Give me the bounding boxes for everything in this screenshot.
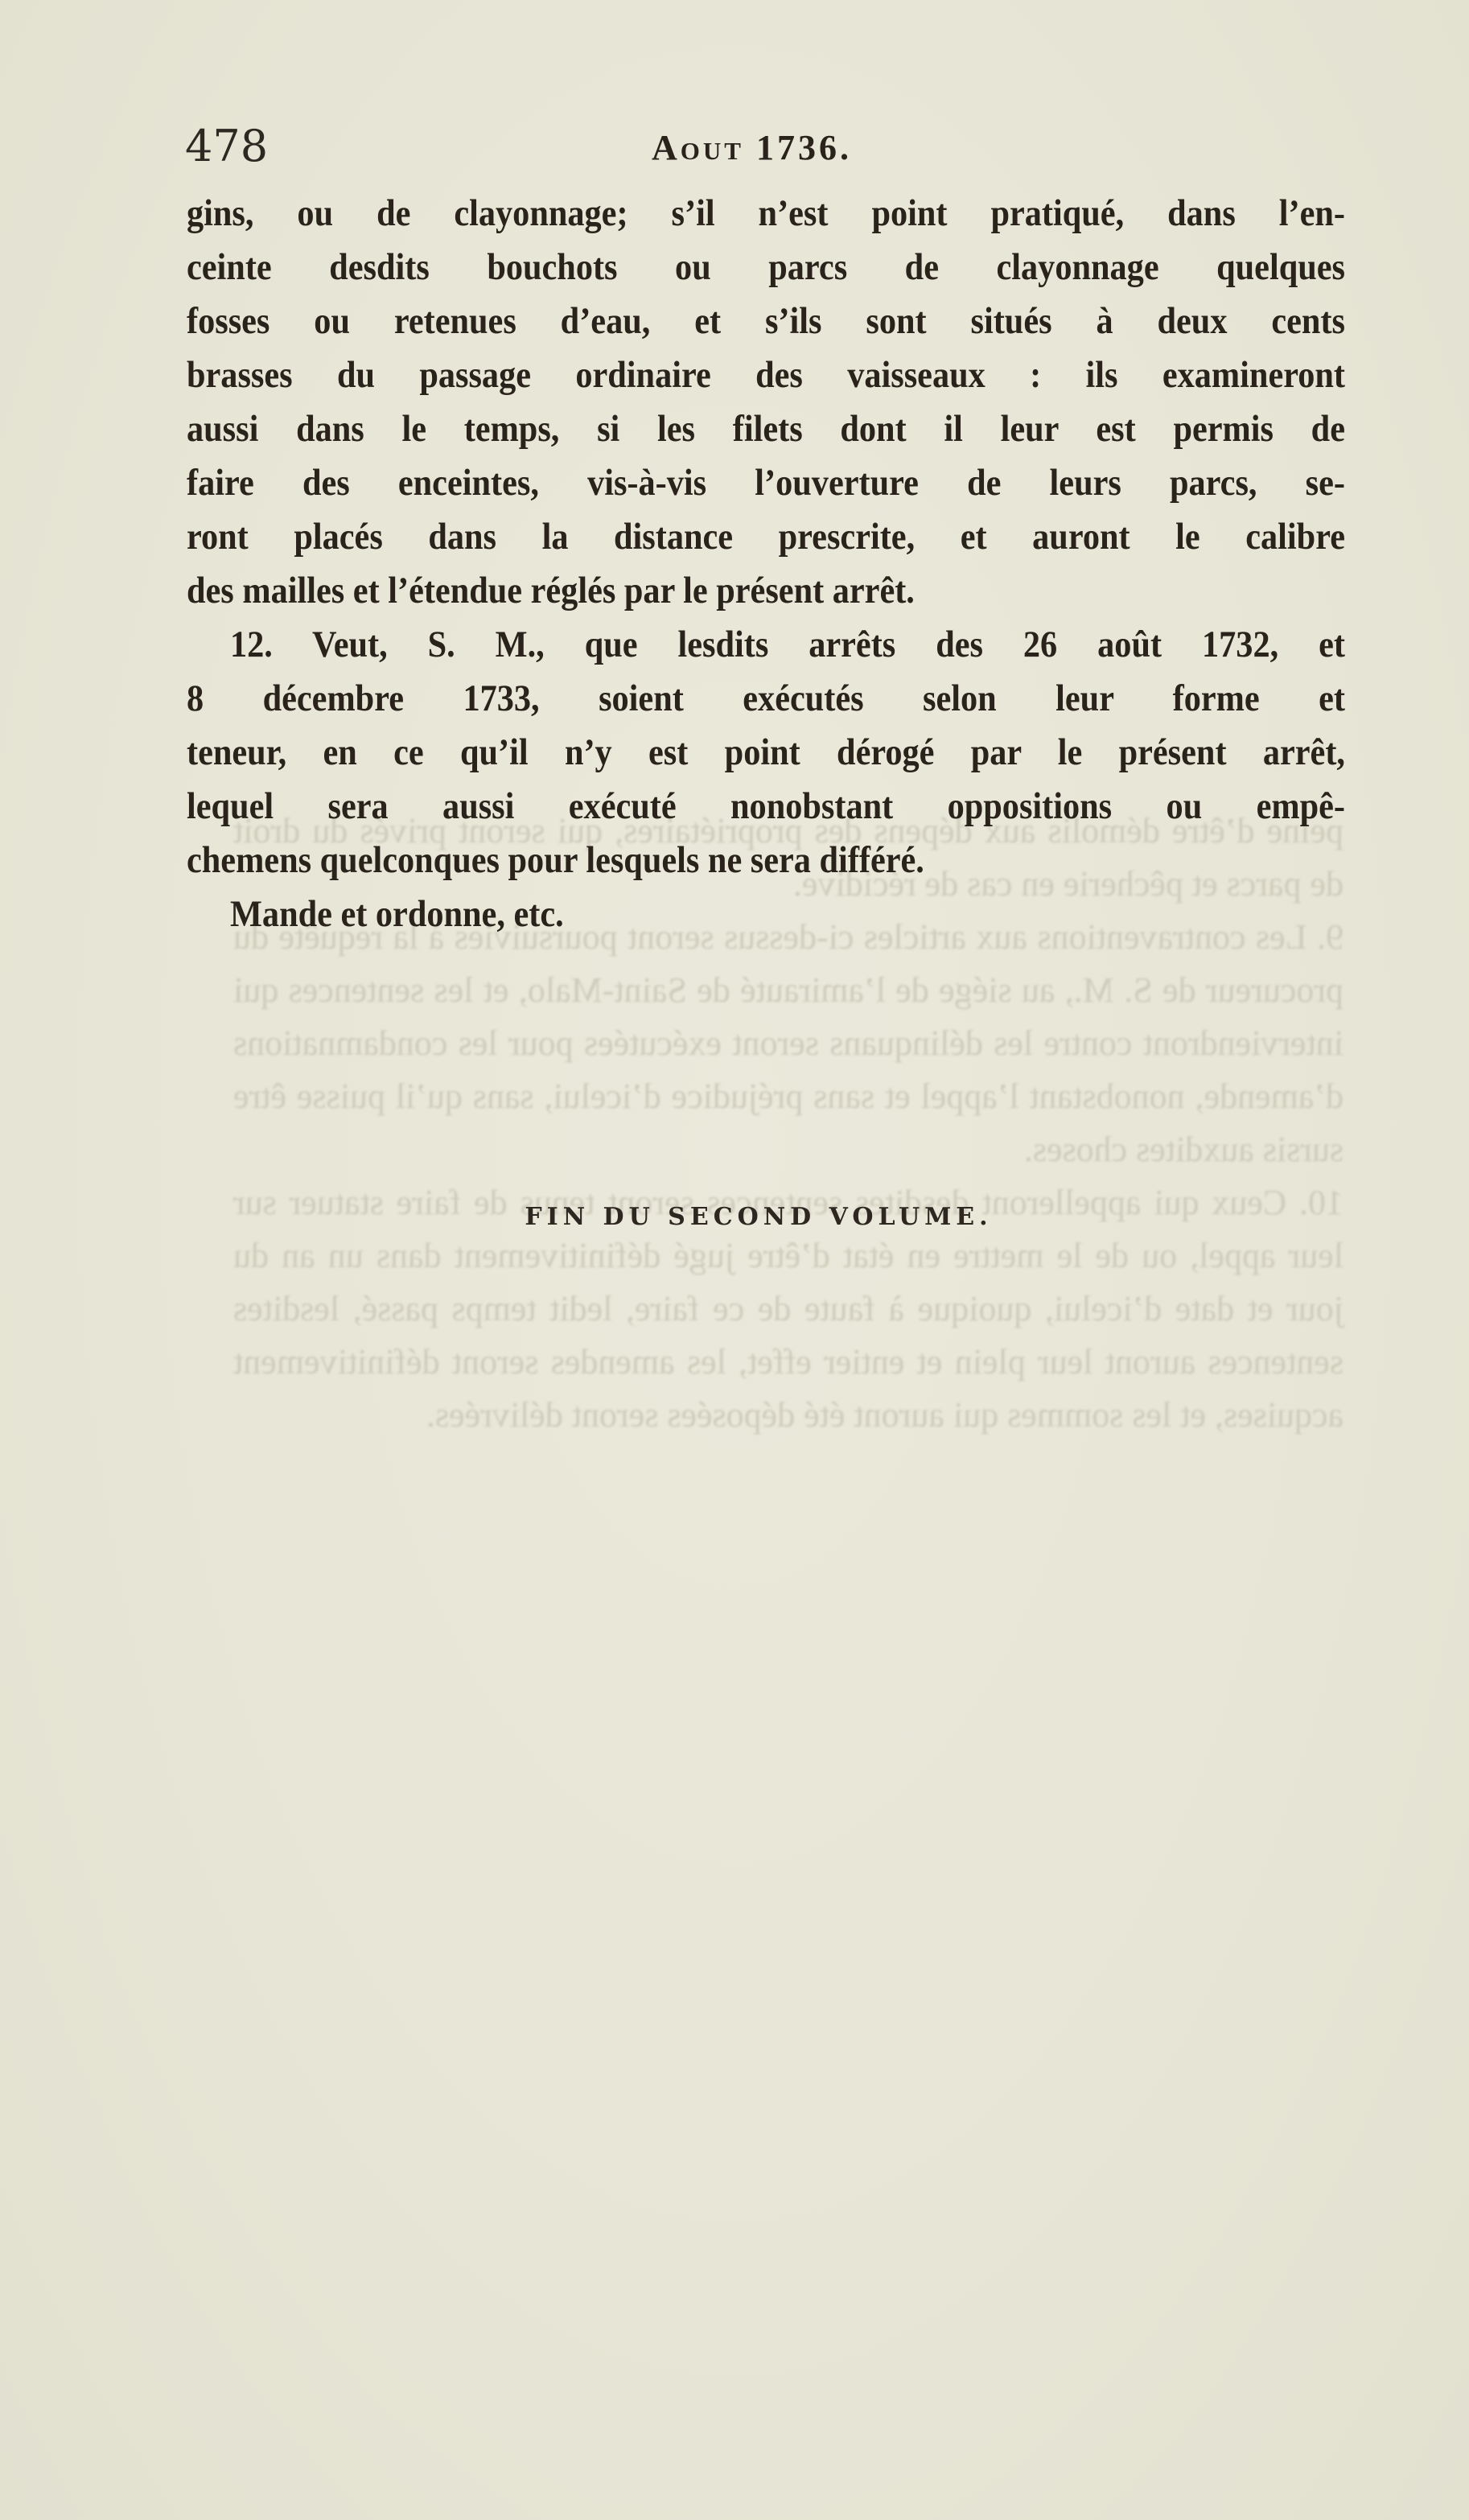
text-line: 8 décembre 1733, soient exécutés selon l… <box>187 672 1345 726</box>
paragraph-continuation: gins, ou de clayonnage; s’il n’est point… <box>187 187 1345 618</box>
end-of-volume-colophon: FIN DU SECOND VOLUME. <box>0 1203 1469 1231</box>
text-line: lequel sera aussi exécuté nonobstant opp… <box>187 780 1345 834</box>
text-line: Mande et ordonne, etc. <box>187 887 1345 941</box>
text-line: chemens quelconques pour lesquels ne ser… <box>187 834 1345 887</box>
page-header: 478 Aout 1736. <box>185 121 1343 177</box>
text-line: ront placés dans la distance prescrite, … <box>187 510 1345 564</box>
text-line: des mailles et l’étendue réglés par le p… <box>187 564 1345 618</box>
text-line: gins, ou de clayonnage; s’il n’est point… <box>187 187 1345 241</box>
page-number: 478 <box>185 121 268 171</box>
body-text: gins, ou de clayonnage; s’il n’est point… <box>187 187 1345 941</box>
text-line: teneur, en ce qu’il n’y est point dérogé… <box>187 726 1345 780</box>
paragraph-closing-formula: Mande et ordonne, etc. <box>187 887 1345 941</box>
text-line: aussi dans le temps, si les filets dont … <box>187 402 1345 456</box>
text-line: 12. Veut, S. M., que lesdits arrêts des … <box>187 618 1345 672</box>
text-line: brasses du passage ordinaire des vaissea… <box>187 348 1345 402</box>
text-line: ceinte desdits bouchots ou parcs de clay… <box>187 241 1345 294</box>
paragraph-article-12: 12. Veut, S. M., que lesdits arrêts des … <box>187 618 1345 887</box>
book-page: peine d’être démolis aux dépens des prop… <box>0 0 1469 2520</box>
text-line: faire des enceintes, vis-à-vis l’ouvertu… <box>187 456 1345 510</box>
text-line: fosses ou retenues d’eau, et s’ils sont … <box>187 294 1345 348</box>
running-head: Aout 1736. <box>652 127 852 168</box>
